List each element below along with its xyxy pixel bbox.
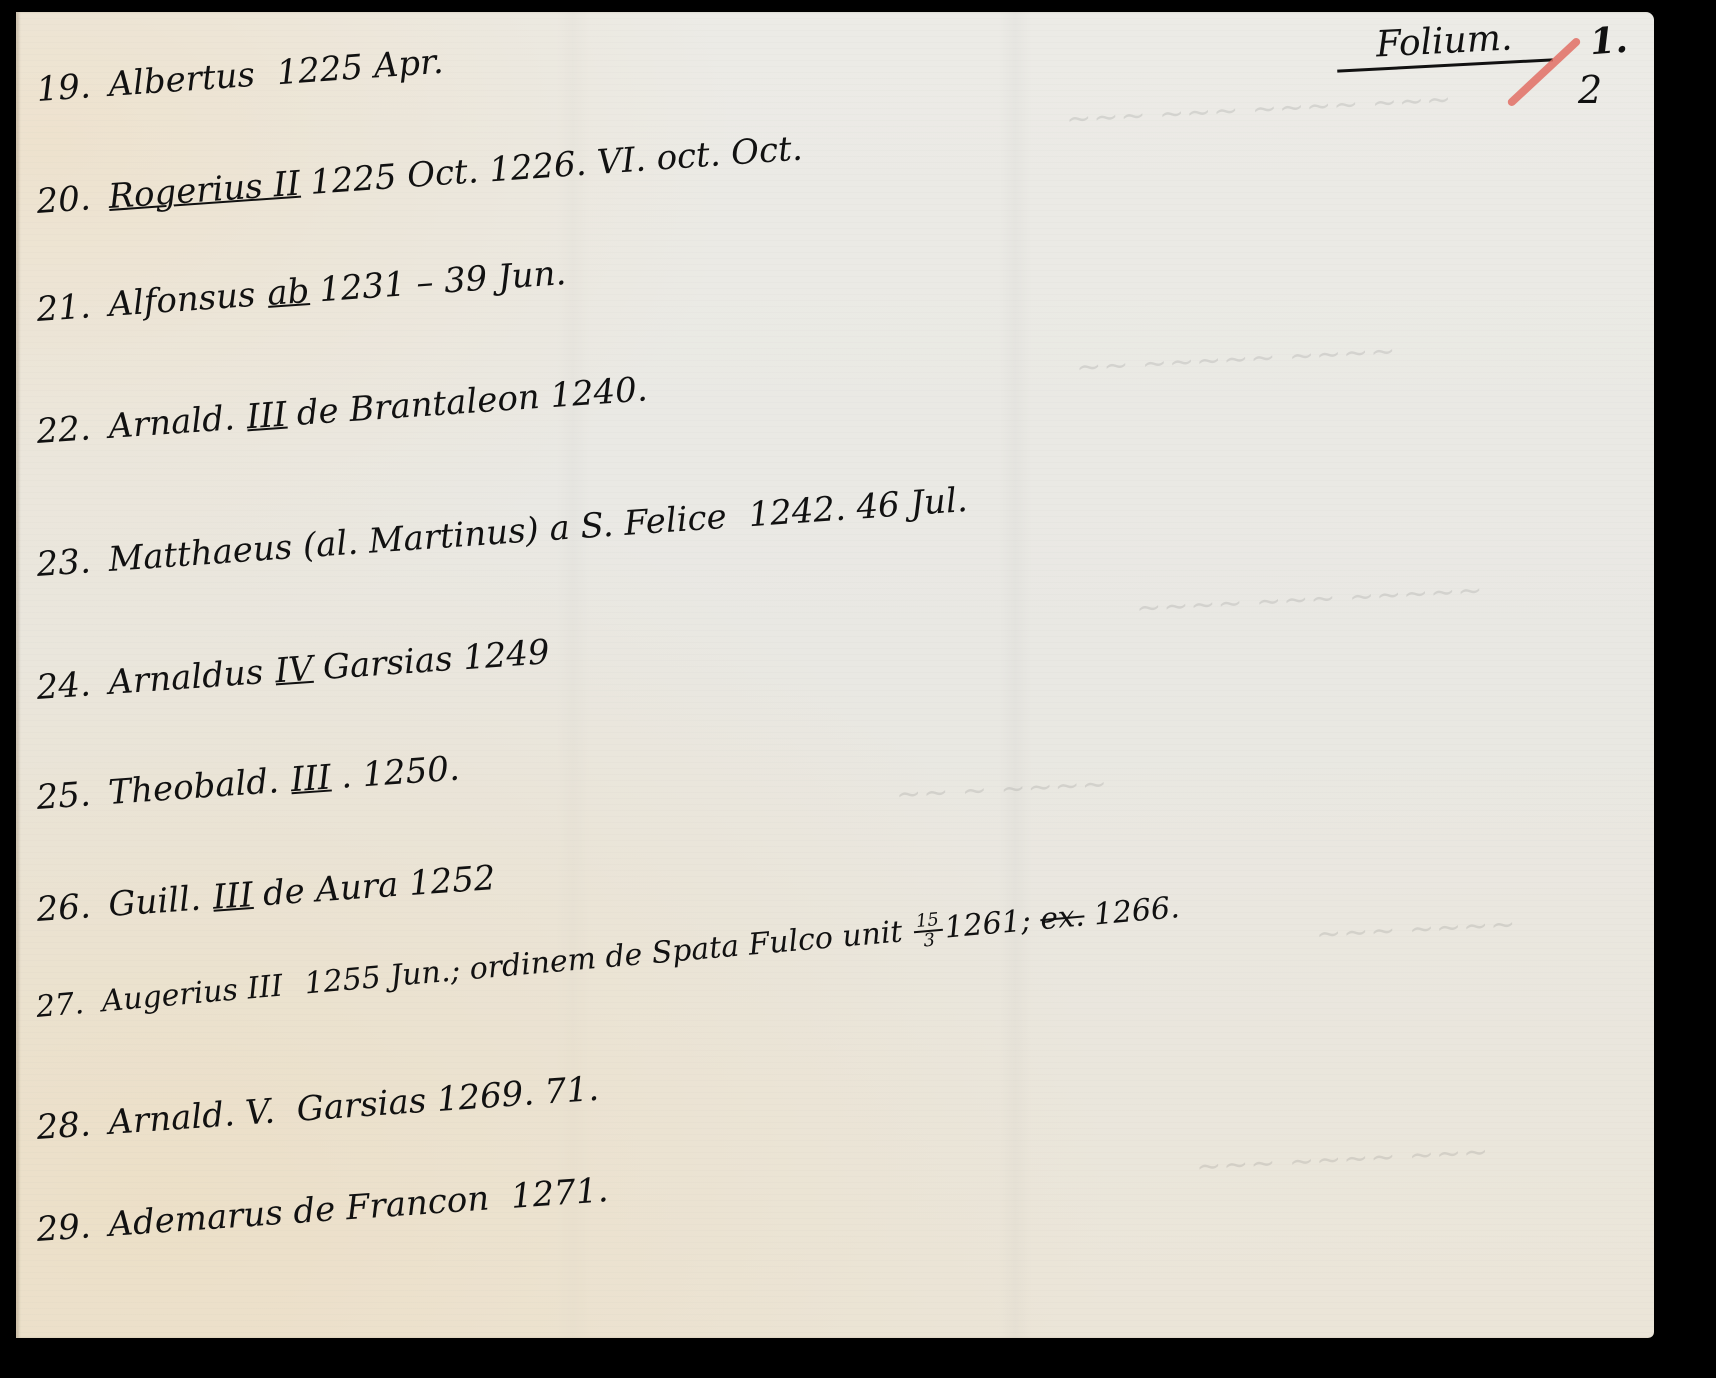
bleed-through-text: ~~~ ~~~~ ~~~ xyxy=(1195,1134,1491,1184)
bleed-through-text: ~~~ ~~~~ xyxy=(1315,907,1518,952)
entry-number: 23. xyxy=(35,541,92,585)
bleed-through-text: ~~~~ ~~~ ~~~~~ xyxy=(1135,573,1485,626)
fraction-denominator: 3 xyxy=(914,931,944,951)
entry-number: 22. xyxy=(35,408,92,452)
entry-detail-end: 1266. xyxy=(1092,890,1181,932)
alternate-folio-number: 2 xyxy=(1578,68,1602,112)
entry-underlined-word: ab xyxy=(266,271,311,314)
folium-header: Folium. 1. xyxy=(1336,20,1628,67)
bleed-through-text: ~~ ~~~~~ ~~~~ xyxy=(1075,334,1398,386)
entry-number: 24. xyxy=(35,664,92,708)
entry-number: 25. xyxy=(35,774,92,818)
entry-ordinal-underlined: IV xyxy=(274,649,315,692)
folium-label: Folium. xyxy=(1335,15,1554,72)
struck-through-word: ex. xyxy=(1039,898,1086,937)
entry-number: 19. xyxy=(35,66,92,110)
entry-number: 26. xyxy=(35,886,92,930)
bleed-through-text: ~~~ ~~~ ~~~~ ~~~ xyxy=(1065,82,1454,137)
entry-number: 21. xyxy=(35,286,92,330)
scanned-page: ~~~ ~~~ ~~~~ ~~~ ~~ ~~~~~ ~~~~ ~~~~ ~~~ … xyxy=(0,0,1716,1378)
entry-detail-after: 1261; xyxy=(943,903,1032,945)
entry-ordinal-underlined: III xyxy=(289,758,332,801)
entry-detail: . 1250. xyxy=(339,749,460,797)
entry-number: 27. xyxy=(35,986,86,1025)
entry-number: 28. xyxy=(35,1104,92,1148)
date-fraction: 153 xyxy=(912,911,944,951)
entry-name: Guill. xyxy=(107,879,202,925)
folium-number: 1. xyxy=(1589,19,1629,64)
entry-ordinal-underlined: III xyxy=(211,875,254,918)
entry-number: 20. xyxy=(35,178,92,222)
entry-number: 29. xyxy=(35,1206,92,1250)
bleed-through-text: ~~ ~ ~~~~ xyxy=(895,766,1110,812)
entry-detail: 1271. xyxy=(510,1170,610,1217)
entry-ordinal-underlined: III xyxy=(245,395,288,438)
